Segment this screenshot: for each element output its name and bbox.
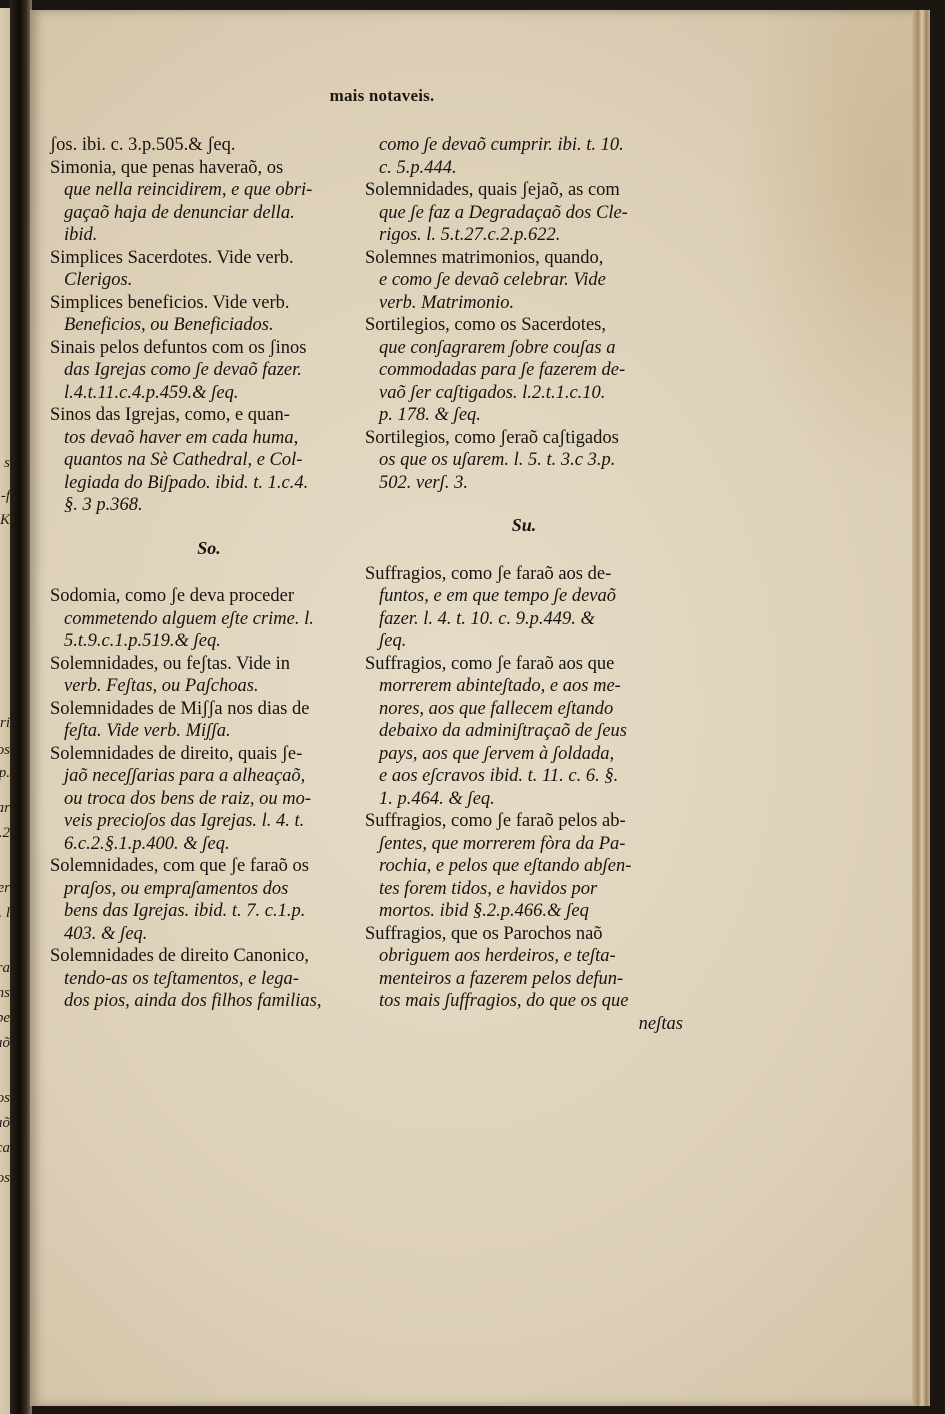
entry-headword-line: Solemnidades, ou feʃtas. Vide in [50,653,368,676]
entry-line: e como ʃe devaõ celebrar. Vide [365,269,683,292]
entry-line: rigos. l. 5.t.27.c.2.p.622. [365,224,683,247]
entry-line: tos mais ʃuffragios, do que os que [365,990,683,1013]
facing-page-text-fragment: ri- [0,715,10,732]
index-entry: Simplices Sacerdotes. Vide verb.Clerigos… [50,247,368,292]
entry-line: l.4.t.11.c.4.p.459.& ʃeq. [50,382,368,405]
entry-headword-line: ʃos. ibi. c. 3.p.505.& ʃeq. [50,134,368,157]
entry-headword-line: Solemnidades, quais ʃejaõ, as com [365,179,683,202]
section-heading-so: So. [50,537,368,560]
entry-line: bens das Igrejas. ibid. t. 7. c.1.p. [50,900,368,923]
entry-line: ʃentes, que morrerem fòra da Pa- [365,833,683,856]
facing-page-text-fragment: os [0,742,10,759]
entry-headword-line: Suffragios, como ʃe faraõ pelos ab- [365,810,683,833]
entry-line: gaçaõ haja de denunciar della. [50,202,368,225]
index-entry: Simonia, que penas haveraõ, osque nella … [50,157,368,247]
entry-line: p. 178. & ʃeq. [365,404,683,427]
entry-line: morrerem abinteʃtado, e aos me- [365,675,683,698]
entry-headword-line: Suffragios, como ʃe faraõ aos que [365,653,683,676]
running-head: mais notaveis. [30,86,930,106]
entry-line: ʃeq. [365,630,683,653]
right-entries: como ʃe devaõ cumprir. ibi. t. 10.c. 5.p… [365,134,683,494]
facing-page-text-fragment: os, os [0,1090,10,1107]
entry-line: menteiros a fazerem pelos defun- [365,968,683,991]
index-entry: Solemnidades, quais ʃejaõ, as comque ʃe … [365,179,683,247]
facing-page-text-fragment: ontra [0,960,10,977]
entry-line: Clerigos. [50,269,368,292]
entry-line: fazer. l. 4. t. 10. c. 9.p.449. & [365,608,683,631]
index-entry: Suffragios, como ʃe faraõ pelos ab-ʃente… [365,810,683,923]
entry-line: que nella reincidirem, e que obri- [50,179,368,202]
index-entry: como ʃe devaõ cumprir. ibi. t. 10.c. 5.p… [365,134,683,179]
entry-line: c. 5.p.444. [365,157,683,180]
index-entry: Simplices beneficios. Vide verb.Benefici… [50,292,368,337]
entry-line: mortos. ibid §.2.p.466.& ʃeq [365,900,683,923]
facing-page-text-fragment: reder [0,880,10,897]
entry-line: veis precioʃos das Igrejas. l. 4. t. [50,810,368,833]
entry-headword-line: Solemnes matrimonios, quando, [365,247,683,270]
index-column-right: como ʃe devaõ cumprir. ibi. t. 10.c. 5.p… [365,134,683,1035]
index-column-left: ʃos. ibi. c. 3.p.505.& ʃeq.Simonia, que … [50,134,368,1013]
entry-line: verb. Matrimonio. [365,292,683,315]
facing-page-text-fragment: 2.t. [0,825,10,842]
entry-line: 403. & ʃeq. [50,923,368,946]
entry-line: commodadas para ʃe fazerem de- [365,359,683,382]
index-entry: Sinais pelos defuntos com os ʃinosdas Ig… [50,337,368,405]
entry-line: 5.t.9.c.1.p.519.& ʃeq. [50,630,368,653]
book-page: mais notaveis. ʃos. ibi. c. 3.p.505.& ʃe… [30,10,930,1406]
entry-headword-line: Sortilegios, como os Sacerdotes, [365,314,683,337]
facing-page-text-fragment: is be- [0,1010,10,1027]
facing-page-text-fragment: ʃos. [0,1170,10,1187]
entry-line: 6.c.2.§.1.p.400. & ʃeq. [50,833,368,856]
entry-headword-line: Simplices Sacerdotes. Vide verb. [50,247,368,270]
entry-line: quantos na Sè Cathedral, e Col- [50,449,368,472]
entry-line: verb. Feʃtas, ou Paʃchoas. [50,675,368,698]
entry-line: jaõ neceʃʃarias para a alheaçaõ, [50,765,368,788]
entry-headword-line: Sinos das Igrejas, como, e quan- [50,404,368,427]
entry-line: tes forem tidos, e havidos por [365,878,683,901]
index-entry: ʃos. ibi. c. 3.p.505.& ʃeq. [50,134,368,157]
index-entry: Solemnidades de direito Canonico,tendo-a… [50,945,368,1013]
entry-line: que conʃagrarem ʃobre couʃas a [365,337,683,360]
index-entry: Sortilegios, como ʃeraõ caʃtigadosos que… [365,427,683,495]
entry-line: rochia, e pelos que eʃtando abʃen- [365,855,683,878]
index-entry: Solemnidades, ou feʃtas. Vide inverb. Fe… [50,653,368,698]
entry-line: obriguem aos herdeiros, e teʃta- [365,945,683,968]
left-entries-after: Sodomia, como ʃe deva procedercommetendo… [50,585,368,1013]
entry-line: praʃos, ou empraʃamentos dos [50,878,368,901]
entry-line: legiada do Biʃpado. ibid. t. 1.c.4. [50,472,368,495]
facing-page-text-fragment: s [0,455,10,472]
entry-headword-line: Simonia, que penas haveraõ, os [50,157,368,180]
entry-line: tos devaõ haver em cada huma, [50,427,368,450]
entry-line: vaõ ʃer caʃtigados. l.2.t.1.c.10. [365,382,683,405]
index-entry: Solemnidades de direito, quais ʃe-jaõ ne… [50,743,368,856]
facing-page-text-fragment: .p. [0,765,10,782]
index-entry: Suffragios, como ʃe faraõ aos de-funtos,… [365,563,683,653]
running-head-text: mais notaveis. [330,86,435,105]
entry-headword-line: Sortilegios, como ʃeraõ caʃtigados [365,427,683,450]
index-entry: Sinos das Igrejas, como, e quan-tos deva… [50,404,368,517]
catchword-text: neʃtas [365,1013,683,1036]
entry-line: 502. verʃ. 3. [365,472,683,495]
entry-headword-line: Sodomia, como ʃe deva proceder [50,585,368,608]
entry-headword-line: Solemnidades de Miʃʃa nos dias de [50,698,368,721]
page-fore-edge [912,10,930,1406]
entry-headword-line: Solemnidades, com que ʃe faraõ os [50,855,368,878]
facing-page-text-fragment: os ca- [0,1140,10,1157]
entry-line: ibid. [50,224,368,247]
facing-page-text-fragment: rdar [0,800,10,817]
facing-page-text-fragment: la. l. [0,905,10,922]
entry-line: dos pios, ainda dos filhos familias, [50,990,368,1013]
index-entry: Sortilegios, como os Sacerdotes,que conʃ… [365,314,683,427]
index-entry: Solemnidades, com que ʃe faraõ ospraʃos,… [50,855,368,945]
index-entry: Solemnidades de Miʃʃa nos dias defeʃta. … [50,698,368,743]
entry-line: ou troca dos bens de raiz, ou mo- [50,788,368,811]
entry-headword-line: Solemnidades de direito Canonico, [50,945,368,968]
entry-headword-line: Solemnidades de direito, quais ʃe- [50,743,368,766]
entry-headword-line: Simplices beneficios. Vide verb. [50,292,368,315]
facing-page-text-fragment: rdens, [0,985,10,1002]
entry-line: feʃta. Vide verb. Miʃʃa. [50,720,368,743]
index-entry: Solemnes matrimonios, quando,e como ʃe d… [365,247,683,315]
entry-line: Beneficios, ou Beneficiados. [50,314,368,337]
entry-headword-line: Sinais pelos defuntos com os ʃinos [50,337,368,360]
entry-headword-line: Suffragios, como ʃe faraõ aos de- [365,563,683,586]
facing-page-text-fragment: raçaõ [0,1115,10,1132]
right-entries-after: Suffragios, como ʃe faraõ aos de-funtos,… [365,563,683,1013]
entry-line: pays, aos que ʃervem à ʃoldada, [365,743,683,766]
entry-line: como ʃe devaõ cumprir. ibi. t. 10. [365,134,683,157]
facing-page-text-fragment: leiçaõ [0,1035,10,1052]
entry-line: funtos, e em que tempo ʃe devaõ [365,585,683,608]
entry-line: commetendo alguem eʃte crime. l. [50,608,368,631]
entry-line: tendo-as os teʃtamentos, e lega- [50,968,368,991]
catchword: neʃtas [365,1013,683,1036]
entry-line: e aos eʃcravos ibid. t. 11. c. 6. §. [365,765,683,788]
entry-headword-line: Suffragios, que os Parochos naõ [365,923,683,946]
book-gutter [10,0,32,1414]
index-entry: Suffragios, como ʃe faraõ aos quemorrere… [365,653,683,811]
entry-line: debaixo da adminiʃtraçaõ de ʃeus [365,720,683,743]
entry-line: 1. p.464. & ʃeq. [365,788,683,811]
index-entry: Sodomia, como ʃe deva procedercommetendo… [50,585,368,653]
facing-page-text-fragment: K [0,512,10,529]
facing-page-text-fragment: f- [0,488,10,505]
left-entries: ʃos. ibi. c. 3.p.505.& ʃeq.Simonia, que … [50,134,368,517]
entry-line: §. 3 p.368. [50,494,368,517]
entry-line: que ʃe faz a Degradaçaõ dos Cle- [365,202,683,225]
entry-line: os que os uʃarem. l. 5. t. 3.c 3.p. [365,449,683,472]
entry-line: nores, aos que fallecem eʃtando [365,698,683,721]
section-heading-su: Su. [365,514,683,537]
entry-line: das Igrejas como ʃe devaõ fazer. [50,359,368,382]
index-entry: Suffragios, que os Parochos naõobriguem … [365,923,683,1013]
